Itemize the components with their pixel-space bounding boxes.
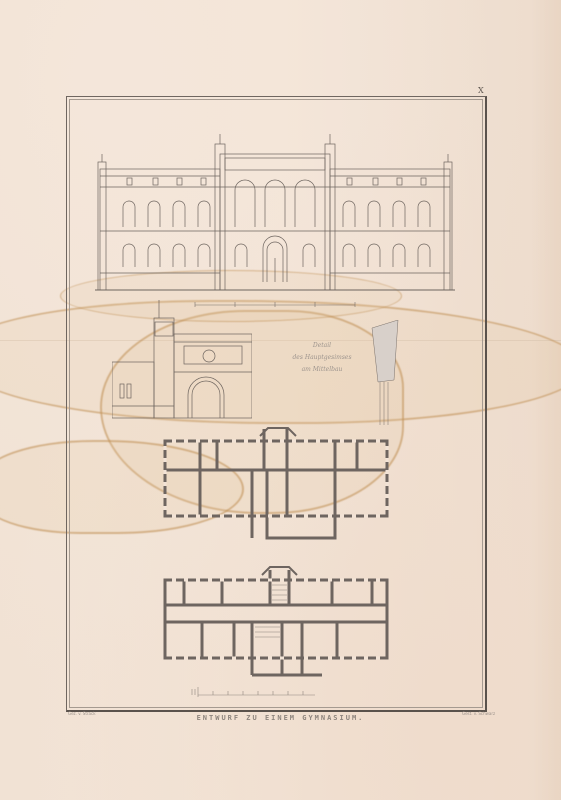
- front-elevation-drawing: [95, 132, 455, 307]
- plan-scale-bar: [190, 685, 320, 701]
- upper-floor-plan: [162, 565, 390, 677]
- cornice-profile-section: [368, 320, 408, 425]
- cornice-detail-drawing: [112, 300, 252, 420]
- plate-title: ENTWURF ZU EINEM GYMNASIUM.: [0, 714, 561, 722]
- paper-edge: [531, 0, 561, 800]
- detail-label: Detail des Hauptgesimses am Mittelbau: [272, 340, 372, 376]
- ground-floor-plan: [162, 424, 390, 542]
- plate-number: X: [478, 86, 484, 95]
